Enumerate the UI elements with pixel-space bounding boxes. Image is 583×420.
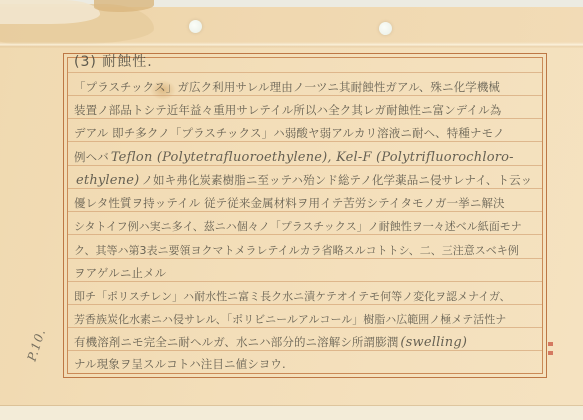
manuscript-line: 例ヘバ Teflon (Polytetrafluoroethylene), Ke… — [74, 144, 516, 165]
section-heading: (3) 耐蝕性. — [74, 50, 153, 71]
red-stamp-mark — [548, 342, 553, 355]
ruled-line — [68, 327, 542, 328]
manuscript-line: 芳香族炭化水素ニハ侵サレル、「ポリビニールアルコール」樹脂ハ広範囲ノ極メテ活性ナ — [74, 306, 506, 327]
latin-term: (swelling) — [398, 335, 469, 350]
paper-crease — [0, 42, 583, 48]
ruled-line — [68, 304, 542, 305]
manuscript-line: ヲアゲルニ止メル — [74, 260, 166, 281]
section-heading-text: (3) 耐蝕性. — [74, 51, 153, 71]
ruled-line — [68, 258, 542, 259]
ruled-line — [68, 234, 542, 235]
manuscript-line: デアル 即チ多クノ「プラスチックス」ハ弱酸ヤ弱アルカリ溶液ニ耐ヘ、特種ナモノ — [74, 120, 505, 141]
manuscript-line: ク、其等ハ第3表ニ要領ヨクマトメラレテイルカラ省略スルコトトシ、二、三注意スベキ… — [74, 237, 519, 258]
manuscript-line: ethylene) ノ如キ弗化炭素樹脂ニ至ッテハ殆ンド総テノ化学薬品ニ侵サレナイ… — [74, 167, 532, 188]
manuscript-line: 「プラスチックス」ガ広ク利用サレル理由ノ一ツニ其耐蝕性ガアル、殊ニ化学機械 — [74, 74, 500, 95]
latin-term: Teflon (Polytetrafluoroethylene), Kel-F … — [109, 150, 516, 165]
ruled-line — [68, 165, 542, 166]
manuscript-line: 有機溶剤ニモ完全ニ耐ヘルガ、水ニハ部分的ニ溶解シ所謂膨潤 (swelling) — [74, 329, 469, 350]
ruled-line — [68, 72, 542, 73]
ruled-line — [68, 95, 542, 96]
punch-hole-right — [379, 22, 392, 35]
manuscript-line: 即チ「ポリスチレン」ハ耐水性ニ富ミ長ク水ニ漬ケテオイテモ何等ノ変化ヲ認メナイガ、 — [74, 283, 511, 304]
latin-term: ethylene) — [74, 173, 141, 188]
manuscript-line: シタトイフ例ハ実ニ多イ、茲ニハ個々ノ「プラスチックス」ノ耐蝕性ヲ一々述ベル紙面モ… — [74, 213, 522, 234]
ruled-line — [68, 281, 542, 282]
ruled-line — [68, 141, 542, 142]
manuscript-line: ナル現象ヲ呈スルコトハ注目ニ値シヨウ. — [74, 351, 286, 372]
corner-stain-light — [0, 0, 100, 24]
ruled-line — [68, 211, 542, 212]
punch-hole-left — [189, 20, 202, 33]
scanned-page: (3) 耐蝕性. 「プラスチックス」ガ広ク利用サレル理由ノ一ツニ其耐蝕性ガアル、… — [0, 0, 583, 420]
ruled-line — [68, 188, 542, 189]
manuscript-line: 装置ノ部品トシテ近年益々重用サレテイル所以ハ全ク其レガ耐蝕性ニ富ンデイル為 — [74, 97, 501, 118]
manuscript-line: 優レタ性質ヲ持ッテイル 従テ従来金属材料ヲ用イテ苦労シテイタモノガ一挙ニ解決 — [74, 190, 505, 211]
page-bottom-edge — [0, 406, 583, 420]
ruled-line — [68, 118, 542, 119]
